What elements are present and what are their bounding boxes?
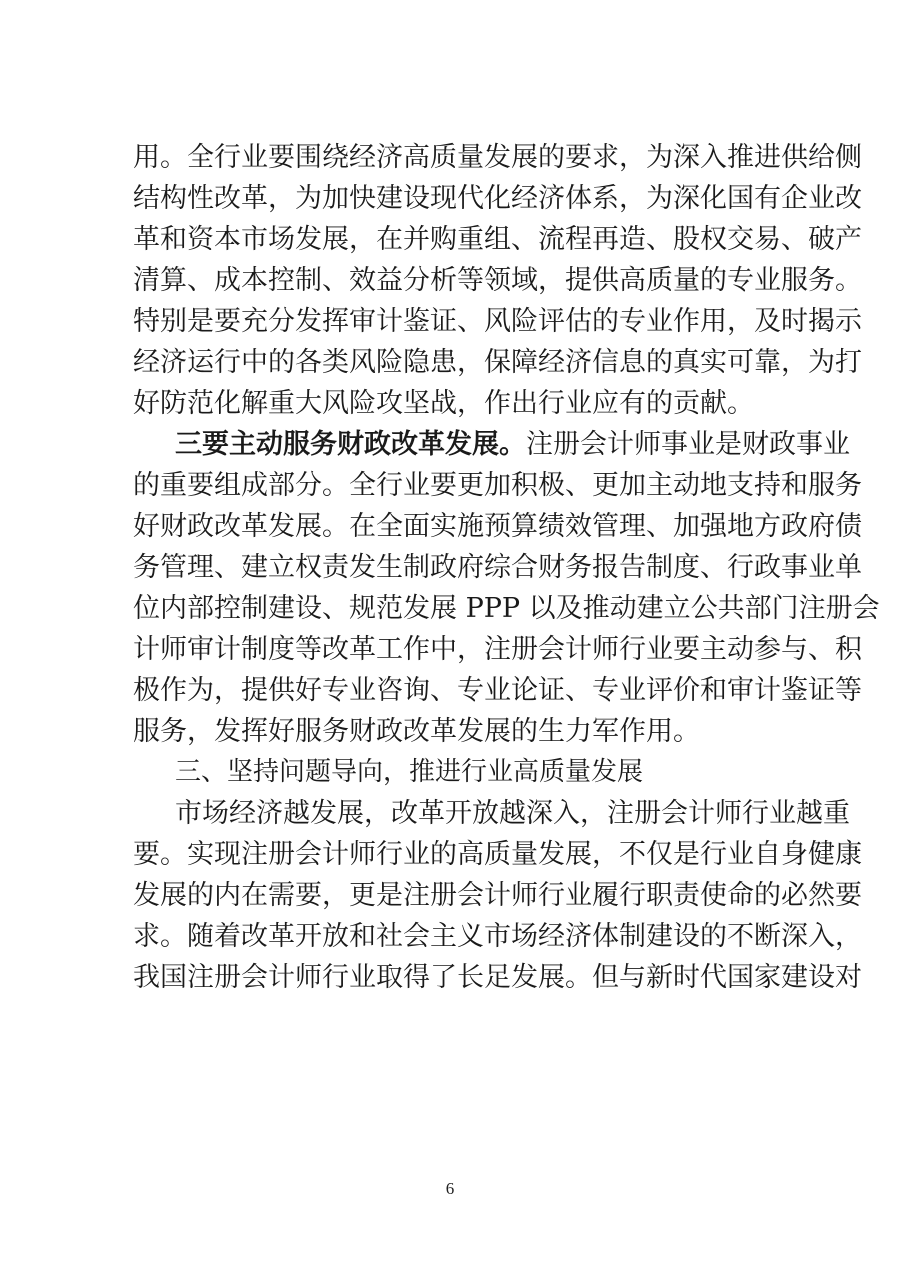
paragraph-1-line-6: 经济运行中的各类风险隐患，保障经济信息的真实可靠，为打 <box>133 342 773 383</box>
paragraph-1-line-1: 用。全行业要围绕经济高质量发展的要求，为深入推进供给侧 <box>133 137 773 178</box>
paragraph-2-line-3: 好财政改革发展。在全面实施预算绩效管理、加强地方政府债 <box>133 506 773 547</box>
paragraph-2-bold-lead: 三要主动服务财政改革发展。 <box>175 429 526 460</box>
paragraph-2-first-line-rest: 注册会计师事业是财政事业 <box>526 429 850 460</box>
section-heading: 三、坚持问题导向，推进行业高质量发展 <box>175 752 773 793</box>
paragraph-2-line-4: 务管理、建立权责发生制政府综合财务报告制度、行政事业单 <box>133 547 773 588</box>
paragraph-2-line-6: 计师审计制度等改革工作中，注册会计师行业要主动参与、积 <box>133 629 773 670</box>
paragraph-1-line-4: 清算、成本控制、效益分析等领域，提供高质量的专业服务。 <box>133 260 773 301</box>
document-page: 用。全行业要围绕经济高质量发展的要求，为深入推进供给侧 结构性改革，为加快建设现… <box>0 0 900 1273</box>
paragraph-1-line-5: 特别是要充分发挥审计鉴证、风险评估的专业作用，及时揭示 <box>133 301 773 342</box>
paragraph-2-line-1: 三要主动服务财政改革发展。注册会计师事业是财政事业 <box>175 424 773 465</box>
paragraph-1-line-2: 结构性改革，为加快建设现代化经济体系，为深化国有企业改 <box>133 178 773 219</box>
paragraph-2-line-2: 的重要组成部分。全行业要更加积极、更加主动地支持和服务 <box>133 465 773 506</box>
paragraph-3-line-3: 发展的内在需要，更是注册会计师行业履行职责使命的必然要 <box>133 875 773 916</box>
paragraph-3-line-4: 求。随着改革开放和社会主义市场经济体制建设的不断深入， <box>133 916 773 957</box>
paragraph-1-line-7: 好防范化解重大风险攻坚战，作出行业应有的贡献。 <box>133 383 773 424</box>
paragraph-2-line-5: 位内部控制建设、规范发展 PPP 以及推动建立公共部门注册会 <box>133 588 773 629</box>
paragraph-2-line-8: 服务，发挥好服务财政改革发展的生力军作用。 <box>133 711 773 752</box>
paragraph-2-line-7: 极作为，提供好专业咨询、专业论证、专业评价和审计鉴证等 <box>133 670 773 711</box>
page-number: 6 <box>0 1179 900 1199</box>
paragraph-1-line-3: 革和资本市场发展，在并购重组、流程再造、股权交易、破产 <box>133 219 773 260</box>
paragraph-3-line-1: 市场经济越发展，改革开放越深入，注册会计师行业越重 <box>175 793 773 834</box>
paragraph-3-line-5: 我国注册会计师行业取得了长足发展。但与新时代国家建设对 <box>133 957 773 998</box>
paragraph-3-line-2: 要。实现注册会计师行业的高质量发展，不仅是行业自身健康 <box>133 834 773 875</box>
